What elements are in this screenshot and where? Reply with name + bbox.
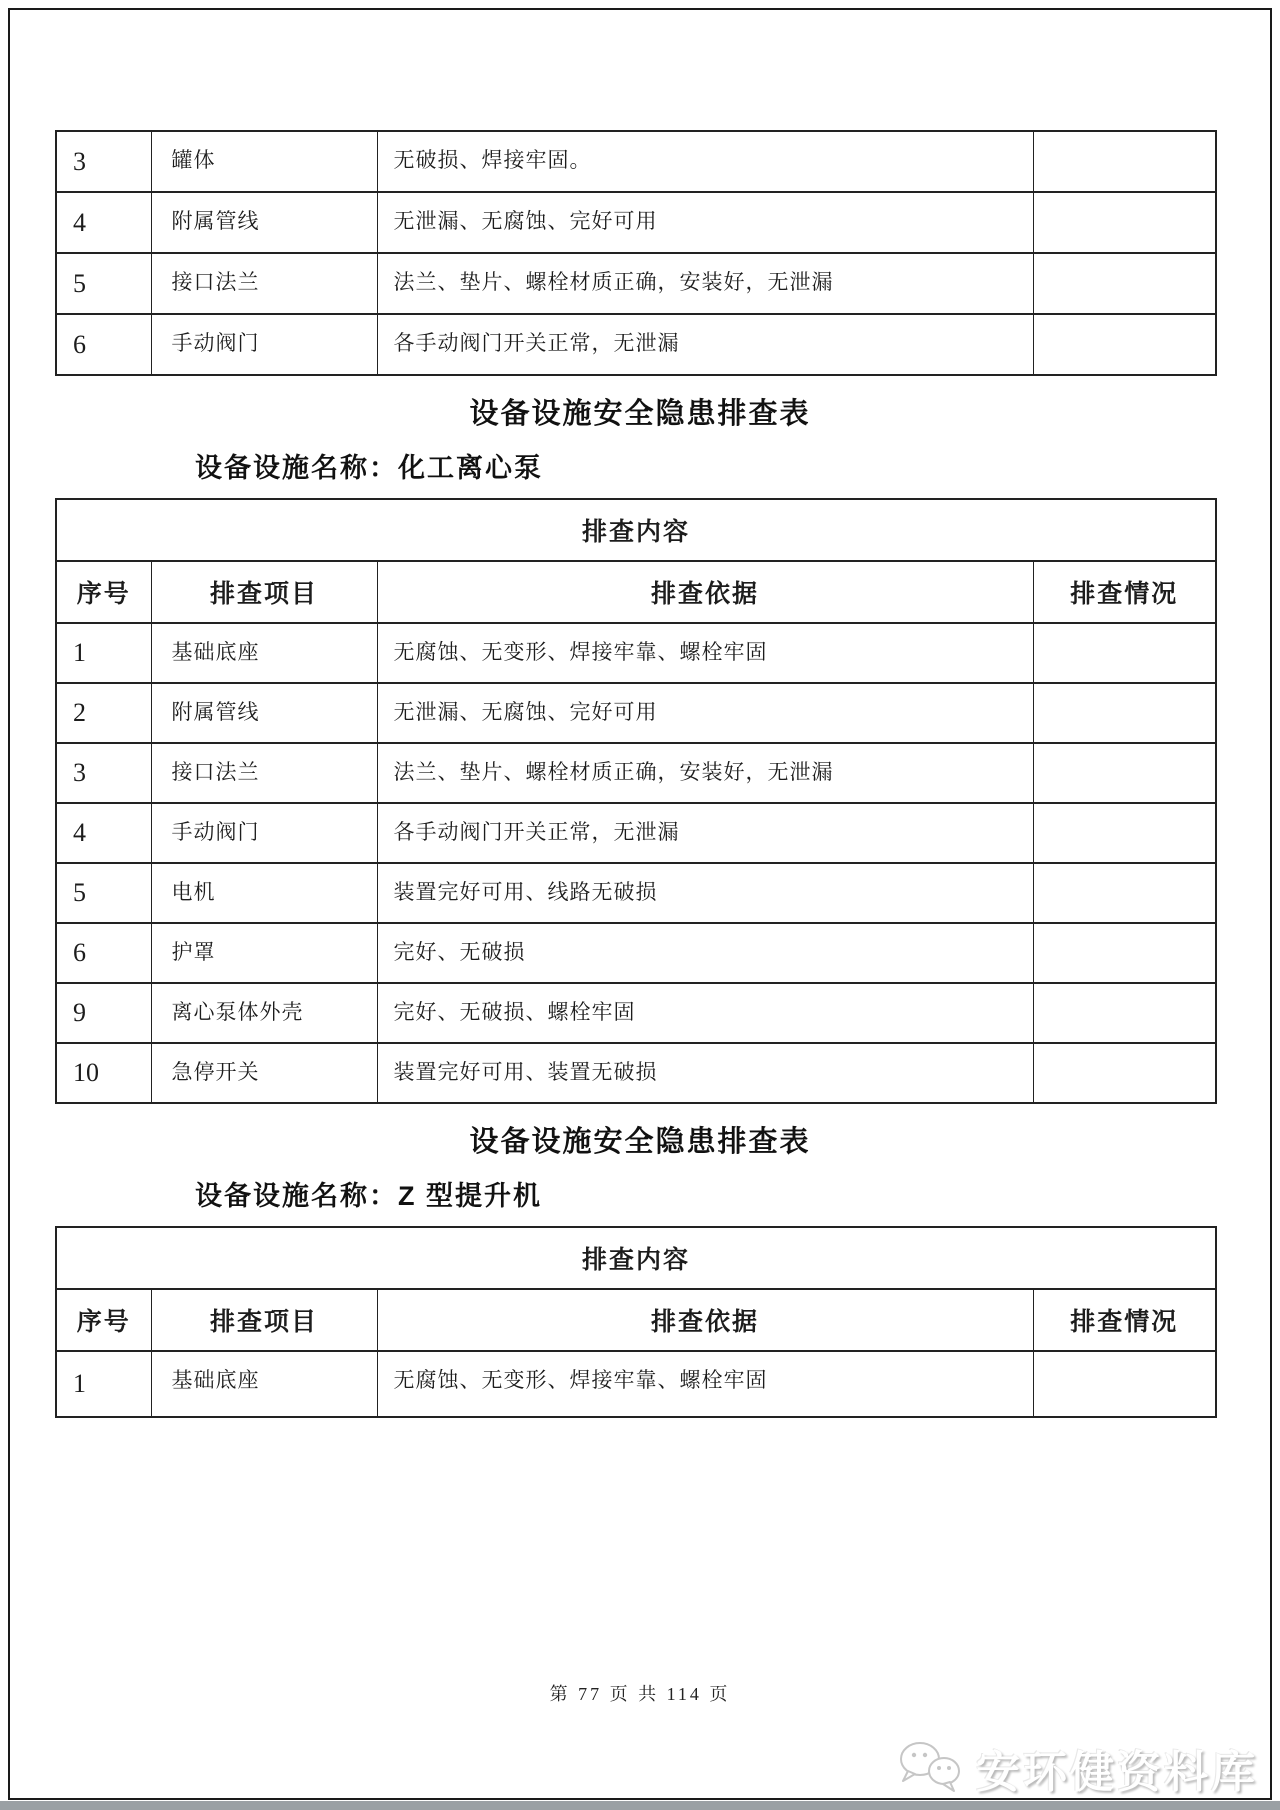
seq-cell: 6	[56, 923, 151, 983]
seq-cell: 9	[56, 983, 151, 1043]
item-cell: 附属管线	[151, 683, 377, 743]
item-cell: 手动阀门	[151, 803, 377, 863]
table-row: 2 附属管线 无泄漏、无腐蚀、完好可用	[56, 683, 1216, 743]
item-cell: 接口法兰	[151, 743, 377, 803]
col-header-status: 排查情况	[1033, 561, 1216, 623]
table-row: 1 基础底座 无腐蚀、无变形、焊接牢靠、螺栓牢固	[56, 1351, 1216, 1417]
table-row: 10 急停开关 装置完好可用、装置无破损	[56, 1043, 1216, 1103]
watermark: 安环健资料库	[896, 1736, 1258, 1800]
basis-cell: 法兰、垫片、螺栓材质正确，安装好，无泄漏	[377, 253, 1033, 314]
item-cell: 手动阀门	[151, 314, 377, 375]
status-cell	[1033, 623, 1216, 683]
col-header-item: 排查项目	[151, 561, 377, 623]
basis-cell: 无泄漏、无腐蚀、完好可用	[377, 192, 1033, 253]
basis-cell: 无腐蚀、无变形、焊接牢靠、螺栓牢固	[377, 1351, 1033, 1417]
table-header-row: 排查内容	[56, 1227, 1216, 1289]
col-header-basis: 排查依据	[377, 1289, 1033, 1351]
watermark-label: 安环健资料库	[976, 1736, 1258, 1800]
bottom-edge-strip	[0, 1801, 1280, 1810]
section2-title: 设备设施安全隐患排查表	[0, 1122, 1280, 1162]
status-cell	[1033, 314, 1216, 375]
seq-cell: 4	[56, 192, 151, 253]
basis-cell: 完好、无破损	[377, 923, 1033, 983]
status-cell	[1033, 863, 1216, 923]
basis-cell: 无泄漏、无腐蚀、完好可用	[377, 683, 1033, 743]
column-header-row: 序号 排查项目 排查依据 排查情况	[56, 1289, 1216, 1351]
table-header: 排查内容	[56, 499, 1216, 561]
section1-title: 设备设施安全隐患排查表	[0, 394, 1280, 434]
table-row: 6 护罩 完好、无破损	[56, 923, 1216, 983]
seq-cell: 5	[56, 253, 151, 314]
status-cell	[1033, 683, 1216, 743]
table-row: 5 电机 装置完好可用、线路无破损	[56, 863, 1216, 923]
section2-subtitle: 设备设施名称：Z 型提升机	[0, 1178, 1280, 1214]
item-cell: 基础底座	[151, 623, 377, 683]
seq-cell: 3	[56, 131, 151, 192]
col-header-status: 排查情况	[1033, 1289, 1216, 1351]
basis-cell: 装置完好可用、装置无破损	[377, 1043, 1033, 1103]
col-header-seq: 序号	[56, 561, 151, 623]
status-cell	[1033, 983, 1216, 1043]
status-cell	[1033, 923, 1216, 983]
item-cell: 电机	[151, 863, 377, 923]
top-partial-table: 3 罐体 无破损、焊接牢固。 4 附属管线 无泄漏、无腐蚀、完好可用 5 接口法…	[55, 130, 1217, 376]
item-cell: 护罩	[151, 923, 377, 983]
section1-table: 排查内容 序号 排查项目 排查依据 排查情况 1 基础底座 无腐蚀、无变形、焊接…	[55, 498, 1217, 1104]
table-row: 5 接口法兰 法兰、垫片、螺栓材质正确，安装好，无泄漏	[56, 253, 1216, 314]
table-row: 9 离心泵体外壳 完好、无破损、螺栓牢固	[56, 983, 1216, 1043]
basis-cell: 装置完好可用、线路无破损	[377, 863, 1033, 923]
item-cell: 基础底座	[151, 1351, 377, 1417]
column-header-row: 序号 排查项目 排查依据 排查情况	[56, 561, 1216, 623]
table-header: 排查内容	[56, 1227, 1216, 1289]
table-row: 4 附属管线 无泄漏、无腐蚀、完好可用	[56, 192, 1216, 253]
seq-cell: 1	[56, 623, 151, 683]
table-header-row: 排查内容	[56, 499, 1216, 561]
col-header-seq: 序号	[56, 1289, 151, 1351]
seq-cell: 10	[56, 1043, 151, 1103]
col-header-basis: 排查依据	[377, 561, 1033, 623]
status-cell	[1033, 803, 1216, 863]
status-cell	[1033, 253, 1216, 314]
seq-cell: 3	[56, 743, 151, 803]
table-row: 6 手动阀门 各手动阀门开关正常，无泄漏	[56, 314, 1216, 375]
seq-cell: 2	[56, 683, 151, 743]
basis-cell: 法兰、垫片、螺栓材质正确，安装好，无泄漏	[377, 743, 1033, 803]
page-number-indicator: 第 77 页 共 114 页	[0, 1680, 1280, 1706]
status-cell	[1033, 1351, 1216, 1417]
status-cell	[1033, 743, 1216, 803]
seq-cell: 1	[56, 1351, 151, 1417]
status-cell	[1033, 131, 1216, 192]
document-page: 3 罐体 无破损、焊接牢固。 4 附属管线 无泄漏、无腐蚀、完好可用 5 接口法…	[0, 0, 1280, 1810]
basis-cell: 各手动阀门开关正常，无泄漏	[377, 314, 1033, 375]
item-cell: 罐体	[151, 131, 377, 192]
col-header-item: 排查项目	[151, 1289, 377, 1351]
table-row: 3 罐体 无破损、焊接牢固。	[56, 131, 1216, 192]
basis-cell: 各手动阀门开关正常，无泄漏	[377, 803, 1033, 863]
status-cell	[1033, 192, 1216, 253]
seq-cell: 4	[56, 803, 151, 863]
item-cell: 附属管线	[151, 192, 377, 253]
chat-bubbles-icon	[896, 1737, 966, 1799]
table-row: 1 基础底座 无腐蚀、无变形、焊接牢靠、螺栓牢固	[56, 623, 1216, 683]
item-cell: 急停开关	[151, 1043, 377, 1103]
basis-cell: 无破损、焊接牢固。	[377, 131, 1033, 192]
basis-cell: 完好、无破损、螺栓牢固	[377, 983, 1033, 1043]
item-cell: 接口法兰	[151, 253, 377, 314]
seq-cell: 6	[56, 314, 151, 375]
section2-table: 排查内容 序号 排查项目 排查依据 排查情况 1 基础底座 无腐蚀、无变形、焊接…	[55, 1226, 1217, 1418]
item-cell: 离心泵体外壳	[151, 983, 377, 1043]
basis-cell: 无腐蚀、无变形、焊接牢靠、螺栓牢固	[377, 623, 1033, 683]
table-row: 4 手动阀门 各手动阀门开关正常，无泄漏	[56, 803, 1216, 863]
seq-cell: 5	[56, 863, 151, 923]
status-cell	[1033, 1043, 1216, 1103]
table-row: 3 接口法兰 法兰、垫片、螺栓材质正确，安装好，无泄漏	[56, 743, 1216, 803]
section1-subtitle: 设备设施名称：化工离心泵	[0, 450, 1280, 486]
